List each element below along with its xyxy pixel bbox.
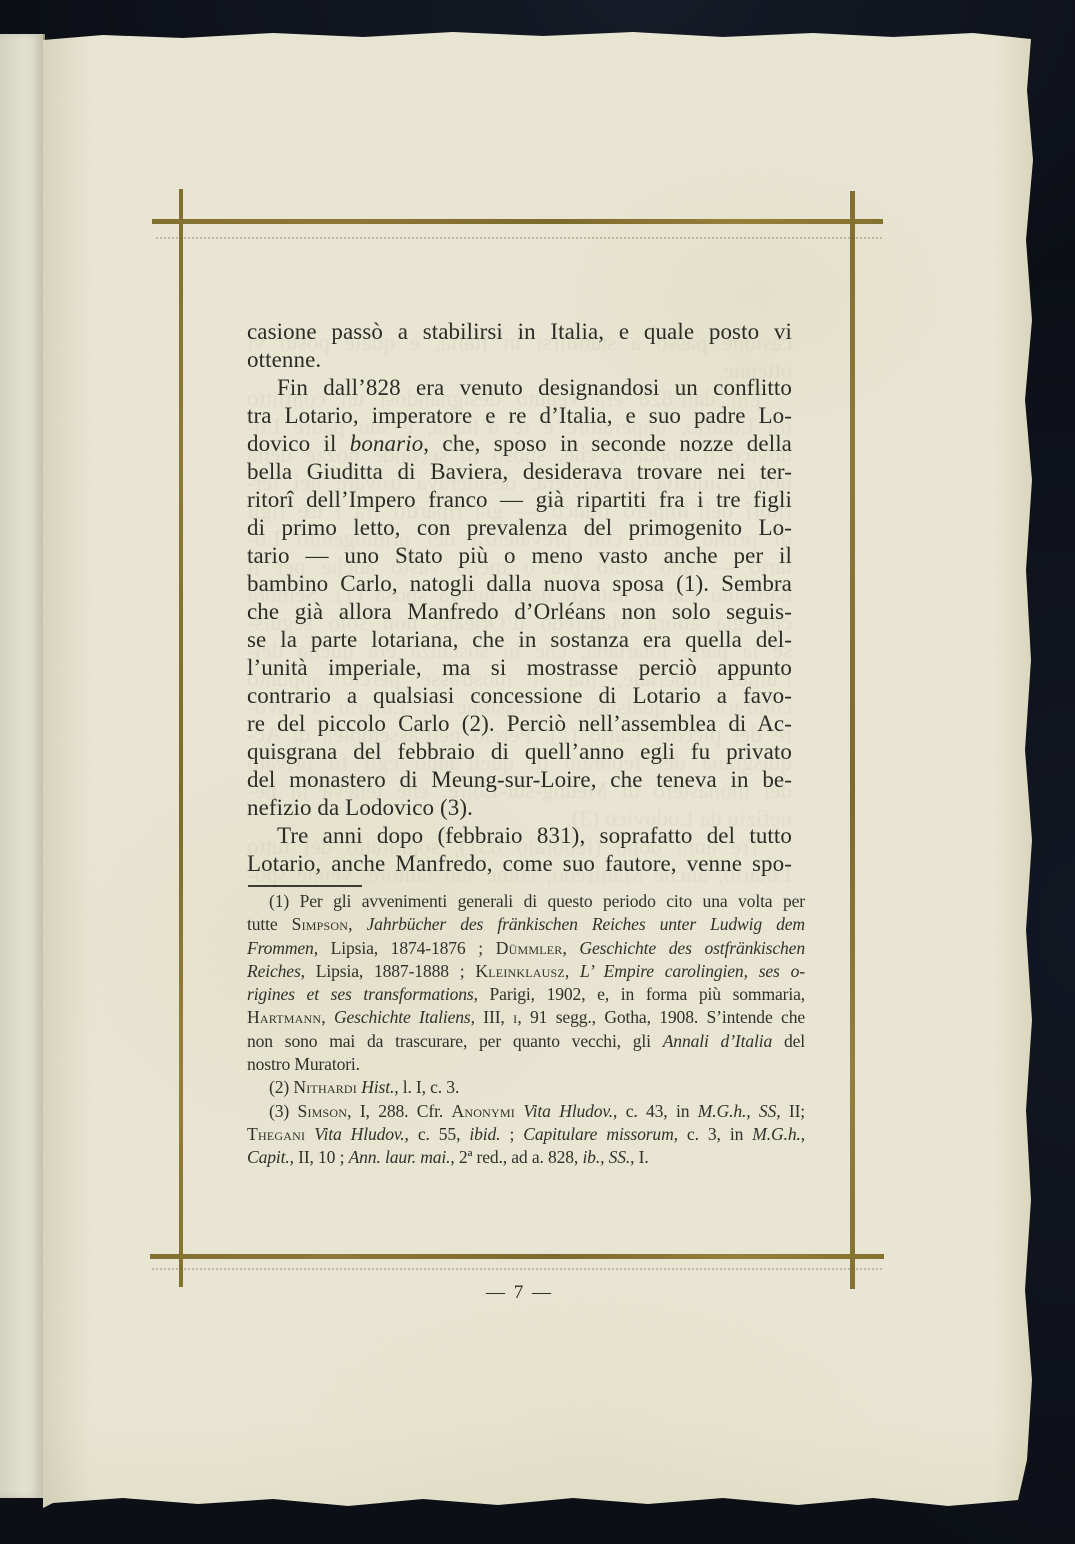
- body-text-line: Lotario, anche Manfredo, come suo fautor…: [247, 850, 792, 878]
- footnote-line: Frommen, Lipsia, 1874-1876 ; Dümmler, Ge…: [247, 937, 805, 960]
- body-text-line: casione passò a stabilirsi in Italia, e …: [247, 318, 792, 346]
- body-text-line: se la parte lotariana, che in sostanza e…: [247, 626, 792, 654]
- body-text-line: ottenne.: [247, 346, 792, 374]
- footnote-line: Capit., II, 10 ; Ann. laur. mai., 2ª red…: [247, 1146, 805, 1169]
- scan-photo-background: casione passò a stabilirsi in Italia, e …: [0, 0, 1075, 1544]
- footnote-line: tutte Simpson, Jahrbücher des fränkische…: [247, 913, 805, 936]
- body-text-line: di primo letto, con prevalenza del primo…: [247, 514, 792, 542]
- body-text-line: Tre anni dopo (febbraio 831), soprafatto…: [247, 822, 792, 850]
- footnote-line: non sono mai da trascurare, per quanto v…: [247, 1030, 805, 1053]
- body-text-line: dovico il bonario, che, sposo in seconde…: [247, 430, 792, 458]
- body-text-line: re del piccolo Carlo (2). Perciò nell’as…: [247, 710, 792, 738]
- body-text-block: casione passò a stabilirsi in Italia, e …: [247, 318, 792, 878]
- body-text-line: del monastero di Meung-sur-Loire, che te…: [247, 766, 792, 794]
- frame-top-rule: [152, 219, 883, 224]
- frame-right-rule: [850, 191, 855, 1289]
- body-text-line: tario — uno Stato più o meno vasto anche…: [247, 542, 792, 570]
- book-page: casione passò a stabilirsi in Italia, e …: [43, 30, 1033, 1508]
- body-text-line: quisgrana del febbraio di quell’anno egl…: [247, 738, 792, 766]
- body-text-line: contrario a qualsiasi concessione di Lot…: [247, 682, 792, 710]
- page-number: — 7 —: [247, 1282, 792, 1304]
- footnote-line: (3) Simson, I, 288. Cfr. Anonymi Vita Hl…: [247, 1100, 805, 1123]
- show-through-dotted-line: [156, 237, 882, 239]
- body-text-line: bambino Carlo, natogli dalla nuova sposa…: [247, 570, 792, 598]
- adjacent-page-edge: [0, 34, 45, 1498]
- body-text-line: Fin dall’828 era venuto designandosi un …: [247, 374, 792, 402]
- footnote-line: Reiches, Lipsia, 1887-1888 ; Kleinklausz…: [247, 960, 805, 983]
- body-text-line: nefizio da Lodovico (3).: [247, 794, 792, 822]
- body-text-line: l’unità imperiale, ma si mostrasse perci…: [247, 654, 792, 682]
- footnote-line: nostro Muratori.: [247, 1053, 805, 1076]
- frame-bottom-rule: [150, 1254, 884, 1259]
- footnote-line: Thegani Vita Hludov., c. 55, ibid. ; Cap…: [247, 1123, 805, 1146]
- footnote-line: (1) Per gli avvenimenti generali di ques…: [247, 890, 805, 913]
- footnote-rule: [248, 885, 362, 887]
- footnotes-block: (1) Per gli avvenimenti generali di ques…: [247, 890, 805, 1170]
- footnote-line: Hartmann, Geschichte Italiens, III, i, 9…: [247, 1006, 805, 1029]
- footnote-line: (2) Nithardi Hist., l. I, c. 3.: [247, 1076, 805, 1099]
- frame-left-rule: [179, 189, 183, 1287]
- show-through-dotted-line: [152, 1268, 882, 1270]
- footnote-line: rigines et ses transformations, Parigi, …: [247, 983, 805, 1006]
- body-text-line: bella Giuditta di Baviera, desiderava tr…: [247, 458, 792, 486]
- body-text-line: tra Lotario, imperatore e re d’Italia, e…: [247, 402, 792, 430]
- body-text-line: che già allora Manfredo d’Orléans non so…: [247, 598, 792, 626]
- body-text-line: ritorî dell’Impero franco — già ripartit…: [247, 486, 792, 514]
